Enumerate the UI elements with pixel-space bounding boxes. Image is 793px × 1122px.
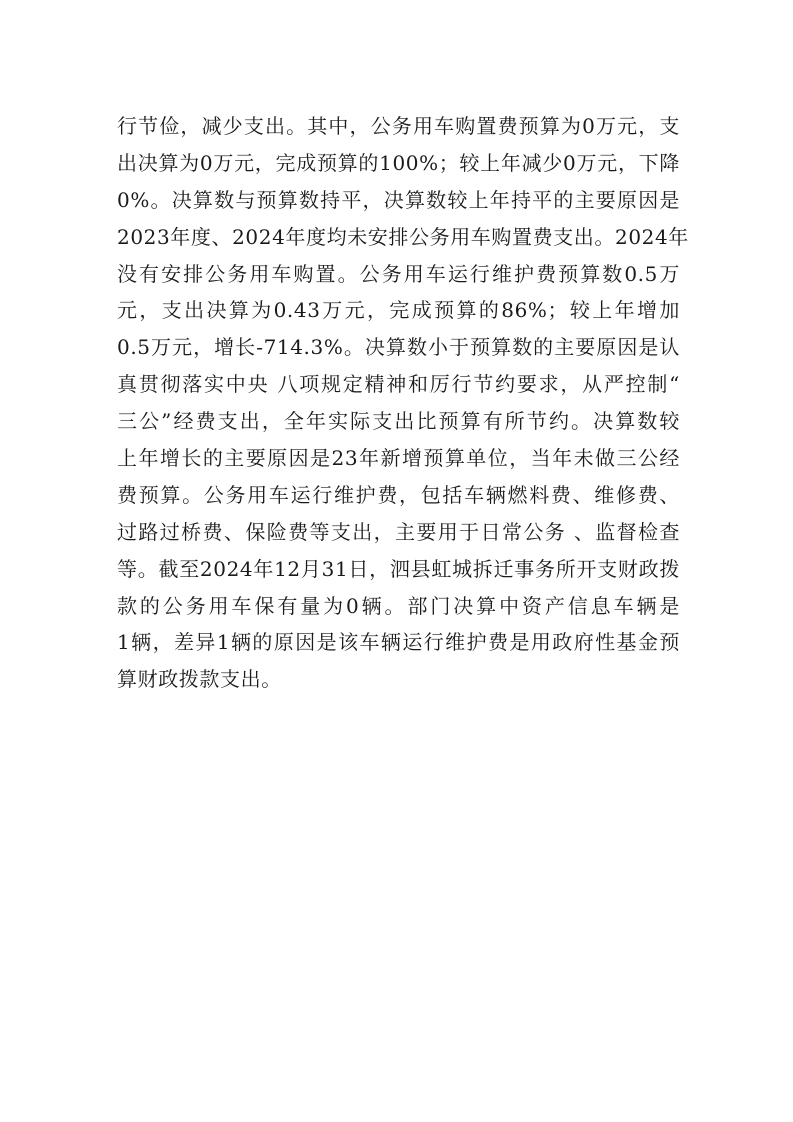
document-page: 行节俭，减少支出。其中，公务用车购置费预算为0万元，支 出决算为0万元，完成预算…: [0, 0, 793, 1122]
paragraph-line: 2023年度、2024年度均未安排公务用车购置费支出。2024年: [117, 219, 680, 256]
paragraph-line-last: 算财政拨款支出。: [117, 661, 680, 698]
paragraph-line: 0.5万元，增长-714.3%。决算数小于预算数的主要原因是认: [117, 329, 680, 366]
paragraph-line: 三公”经费支出，全年实际支出比预算有所节约。决算数较: [117, 403, 680, 440]
paragraph-line: 真贯彻落实中央 八项规定精神和厉行节约要求，从严控制“: [117, 366, 680, 403]
paragraph-line: 出决算为0万元，完成预算的100%；较上年减少0万元，下降: [117, 145, 680, 182]
paragraph-line: 费预算。公务用车运行维护费，包括车辆燃料费、维修费、: [117, 477, 680, 514]
paragraph-line: 等。截至2024年12月31日，泗县虹城拆迁事务所开支财政拨: [117, 551, 680, 588]
paragraph-line: 款的公务用车保有量为0辆。部门决算中资产信息车辆是: [117, 588, 680, 625]
paragraph-line: 过路过桥费、保险费等支出，主要用于日常公务 、监督检查: [117, 514, 680, 551]
paragraph-line: 0%。决算数与预算数持平，决算数较上年持平的主要原因是: [117, 182, 680, 219]
paragraph-line: 1辆，差异1辆的原因是该车辆运行维护费是用政府性基金预: [117, 624, 680, 661]
paragraph-line: 没有安排公务用车购置。公务用车运行维护费预算数0.5万: [117, 256, 680, 293]
body-paragraph: 行节俭，减少支出。其中，公务用车购置费预算为0万元，支 出决算为0万元，完成预算…: [117, 108, 687, 698]
paragraph-line: 行节俭，减少支出。其中，公务用车购置费预算为0万元，支: [117, 108, 680, 145]
paragraph-line: 上年增长的主要原因是23年新增预算单位，当年未做三公经: [117, 440, 680, 477]
paragraph-line: 元，支出决算为0.43万元，完成预算的86%；较上年增加: [117, 292, 680, 329]
